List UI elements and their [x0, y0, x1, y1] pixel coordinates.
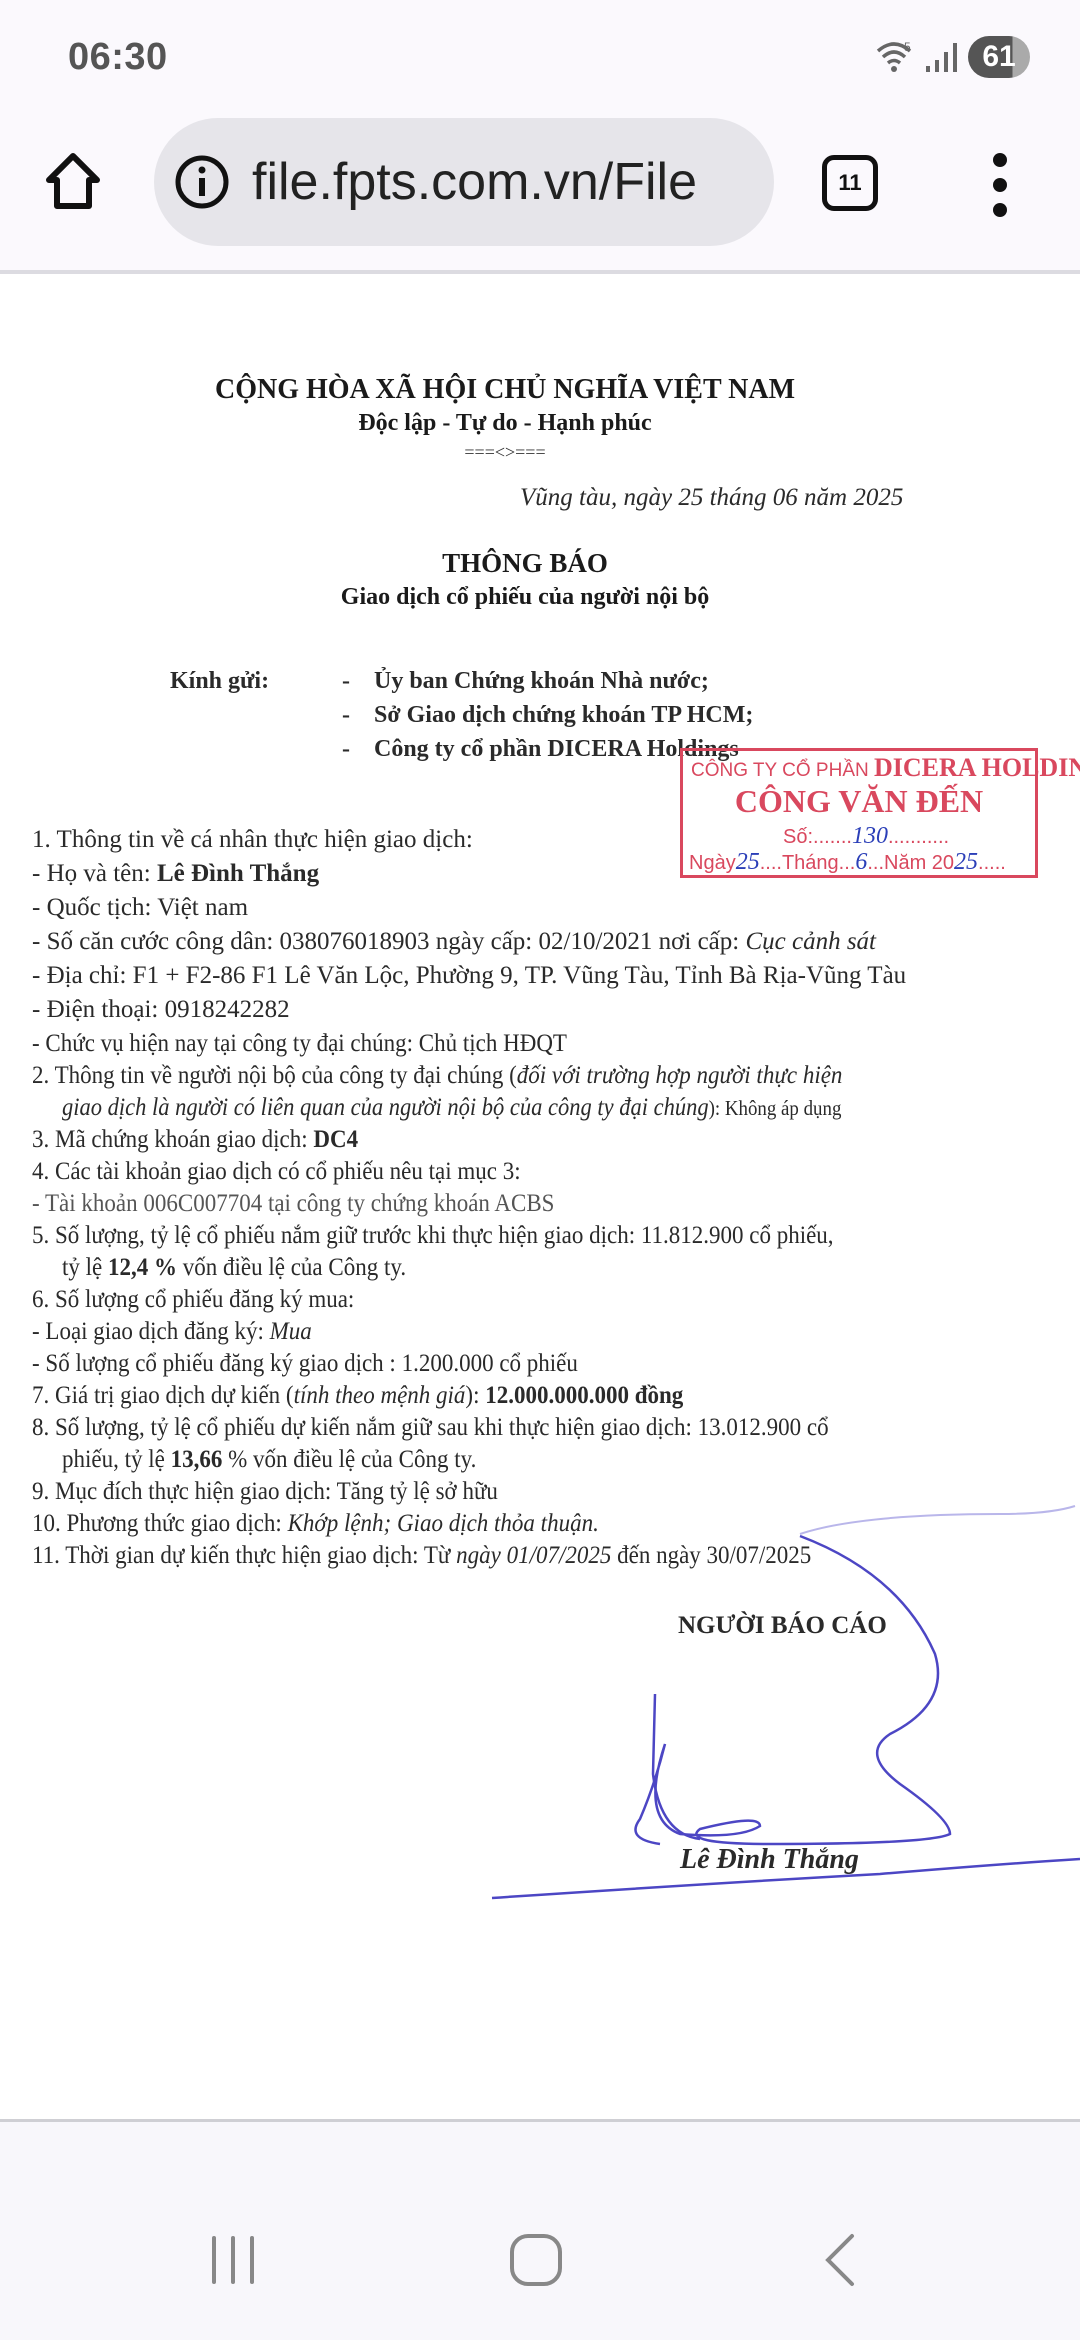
section-3: 3. Mã chứng khoán giao dịch: DC4	[32, 1126, 358, 1154]
stamp-company-prefix: CÔNG TY CỔ PHẦN	[691, 760, 869, 781]
motto: Độc lập - Tự do - Hạnh phúc	[0, 410, 1010, 437]
incoming-document-stamp: CÔNG TY CỔ PHẦN DICERA HOLDINGS CÔNG VĂN…	[680, 748, 1038, 878]
address-bar[interactable]: file.fpts.com.vn/File	[154, 118, 774, 246]
section-1-nationality: - Quốc tịch: Việt nam	[32, 894, 248, 922]
national-title: CỘNG HÒA XÃ HỘI CHỦ NGHĨA VIỆT NAM	[0, 374, 1010, 406]
section-1-phone: - Điện thoại: 0918242282	[32, 996, 290, 1024]
wifi-icon: 5	[874, 39, 914, 75]
recipient-item: - Sở Giao dịch chứng khoán TP HCM;	[342, 702, 753, 729]
section-5: 5. Số lượng, tỷ lệ cổ phiếu nắm giữ trướ…	[32, 1222, 834, 1250]
reporter-title: NGƯỜI BÁO CÁO	[678, 1612, 887, 1640]
system-nav-bar	[0, 2122, 1080, 2340]
doc-title: THÔNG BÁO	[0, 548, 1050, 579]
system-icons: 5 61	[874, 36, 1030, 78]
section-1-address: - Địa chỉ: F1 + F2-86 F1 Lê Văn Lộc, Phư…	[32, 962, 906, 990]
stamp-heading: CÔNG VĂN ĐẾN	[683, 783, 1035, 820]
signal-icon	[924, 40, 958, 74]
tab-switcher-button[interactable]: 11	[822, 155, 878, 211]
doc-subtitle: Giao dịch cổ phiếu của người nội bộ	[0, 584, 1050, 611]
section-7: 7. Giá trị giao dịch dự kiến (tính theo …	[32, 1382, 683, 1410]
section-5-cont: tỷ lệ 12,4 % vốn điều lệ của Công ty.	[62, 1254, 406, 1282]
stamp-day: 25	[736, 849, 760, 875]
section-9: 9. Mục đích thực hiện giao dịch: Tăng tỷ…	[32, 1478, 498, 1506]
section-4-account: - Tài khoản 006C007704 tại công ty chứng…	[32, 1190, 554, 1218]
section-1: 1. Thông tin về cá nhân thực hiện giao d…	[32, 826, 473, 854]
section-4: 4. Các tài khoản giao dịch có cổ phiếu n…	[32, 1158, 521, 1186]
separator: ===<>===	[0, 442, 1010, 463]
url-text[interactable]: file.fpts.com.vn/File	[252, 152, 697, 212]
recents-icon[interactable]	[208, 2232, 258, 2288]
more-vert-icon[interactable]	[985, 150, 1015, 220]
section-8: 8. Số lượng, tỷ lệ cổ phiếu dự kiến nắm …	[32, 1414, 829, 1442]
stock-code: DC4	[313, 1126, 358, 1153]
svg-text:5: 5	[904, 40, 911, 54]
home-icon[interactable]	[42, 150, 104, 212]
section-6: 6. Số lượng cổ phiếu đăng ký mua:	[32, 1286, 354, 1314]
clock: 06:30	[68, 36, 168, 79]
home-circle-icon[interactable]	[508, 2232, 564, 2288]
section-6-type: - Loại giao dịch đăng ký: Mua	[32, 1318, 312, 1346]
recipients-label: Kính gửi:	[170, 668, 269, 695]
section-6-qty: - Số lượng cổ phiếu đăng ký giao dịch : …	[32, 1350, 578, 1378]
section-2-cont: giao dịch là người có liên quan của ngườ…	[62, 1094, 841, 1122]
stamp-year: 25	[954, 849, 978, 875]
back-chevron-icon[interactable]	[820, 2232, 860, 2288]
stamp-month: 6	[855, 849, 867, 875]
battery-indicator: 61	[968, 36, 1030, 78]
place-date: Vũng tàu, ngày 25 tháng 06 năm 2025	[520, 484, 903, 512]
section-8-cont: phiếu, tỷ lệ 13,66 % vốn điều lệ của Côn…	[62, 1446, 476, 1474]
pdf-page[interactable]: CỘNG HÒA XÃ HỘI CHỦ NGHĨA VIỆT NAM Độc l…	[0, 274, 1080, 2119]
section-1-name: - Họ và tên: Lê Đình Thắng	[32, 860, 319, 888]
section-1-id: - Số căn cước công dân: 038076018903 ngà…	[32, 928, 876, 956]
reporter-name: Lê Đình Thắng	[680, 1844, 859, 1876]
recipient-item: - Ủy ban Chứng khoán Nhà nước;	[342, 668, 709, 695]
section-2: 2. Thông tin về người nội bộ của công ty…	[32, 1062, 842, 1090]
stamp-number-label: Số:	[783, 826, 813, 848]
info-icon[interactable]	[174, 154, 230, 210]
section-1-position: - Chức vụ hiện nay tại công ty đại chúng…	[32, 1030, 567, 1058]
status-bar: 06:30 5 61	[0, 0, 1080, 120]
stamp-number-value: 130	[852, 823, 888, 849]
section-11: 11. Thời gian dự kiến thực hiện giao dịc…	[32, 1542, 811, 1570]
section-10: 10. Phương thức giao dịch: Khớp lệnh; Gi…	[32, 1510, 599, 1538]
stamp-company-name: DICERA HOLDINGS	[874, 753, 1080, 782]
